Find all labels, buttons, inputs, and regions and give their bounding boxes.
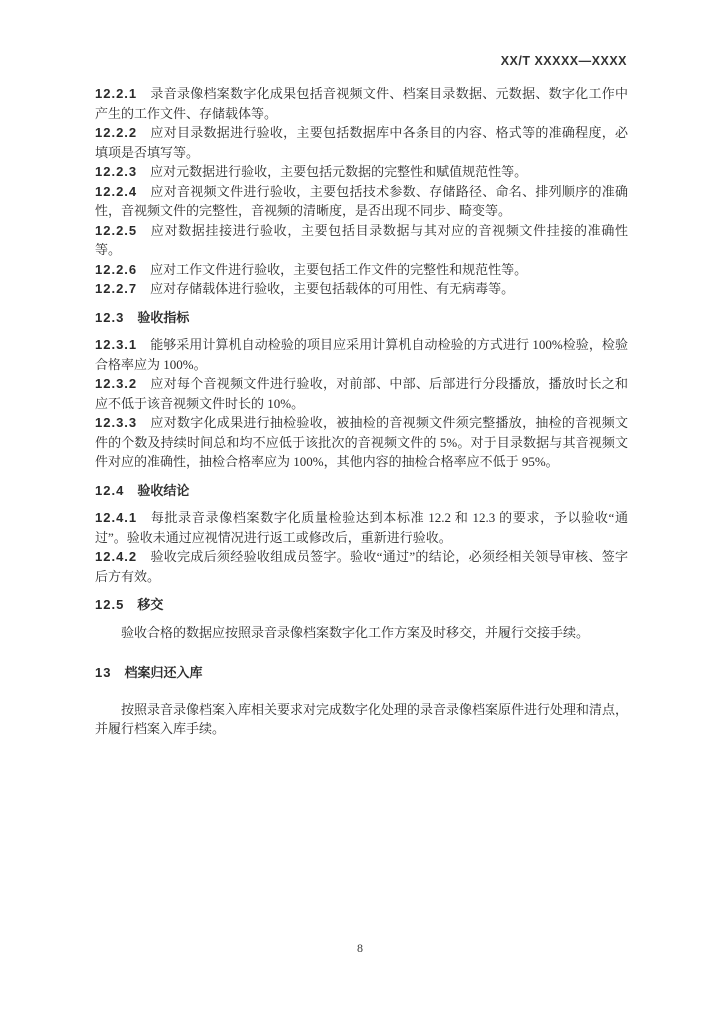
clause-paragraph: 12.2.4应对音视频文件进行验收，主要包括技术参数、存储路径、命名、排列顺序的… — [95, 182, 628, 221]
heading-title: 验收结论 — [137, 483, 189, 498]
clause-number: 12.4.1 — [95, 510, 137, 525]
clause-text: 应对数字化成果进行抽检验收，被抽检的音视频文件须完整播放，抽检的音视频文件的个数… — [95, 415, 628, 469]
section-heading: 13档案归还入库 — [95, 663, 628, 683]
clause-number: 12.3.2 — [95, 376, 137, 391]
clause-paragraph: 12.3.1能够采用计算机自动检验的项目应采用计算机自动检验的方式进行 100%… — [95, 335, 628, 374]
clause-text: 应对工作文件进行验收，主要包括工作文件的完整性和规范性等。 — [150, 262, 527, 277]
clause-text: 应对目录数据进行验收，主要包括数据库中各条目的内容、格式等的准确程度，必填项是否… — [95, 125, 628, 160]
clause-text: 录音录像档案数字化成果包括音视频文件、档案目录数据、元数据、数字化工作中产生的工… — [95, 86, 628, 121]
clause-paragraph: 12.2.6应对工作文件进行验收，主要包括工作文件的完整性和规范性等。 — [95, 260, 628, 280]
clause-number: 12.3.1 — [95, 337, 137, 352]
heading-number: 13 — [95, 665, 111, 680]
clause-number: 12.4.2 — [95, 549, 137, 564]
clause-text: 验收完成后须经验收组成员签字。验收“通过”的结论，必须经相关领导审核、签字后方有… — [95, 549, 628, 584]
paragraph-text: 按照录音录像档案入库相关要求对完成数字化处理的录音录像档案原件进行处理和清点，并… — [95, 702, 628, 737]
heading-title: 移交 — [137, 597, 163, 612]
clause-number: 12.3.3 — [95, 415, 137, 430]
clause-paragraph: 12.3.2应对每个音视频文件进行验收，对前部、中部、后部进行分段播放，播放时长… — [95, 374, 628, 413]
clause-paragraph: 12.2.5应对数据挂接进行验收，主要包括目录数据与其对应的音视频文件挂接的准确… — [95, 221, 628, 260]
clause-text: 每批录音录像档案数字化质量检验达到本标准 12.2 和 12.3 的要求，予以验… — [95, 510, 628, 545]
clause-number: 12.2.3 — [95, 164, 137, 179]
clause-text: 应对每个音视频文件进行验收，对前部、中部、后部进行分段播放，播放时长之和应不低于… — [95, 376, 628, 411]
section-heading: 12.3验收指标 — [95, 308, 628, 328]
clause-paragraph: 12.4.1每批录音录像档案数字化质量检验达到本标准 12.2 和 12.3 的… — [95, 508, 628, 547]
clause-text: 能够采用计算机自动检验的项目应采用计算机自动检验的方式进行 100%检验，检验合… — [95, 337, 628, 372]
clause-text: 应对数据挂接进行验收，主要包括目录数据与其对应的音视频文件挂接的准确性等。 — [95, 223, 628, 258]
page-number: 8 — [357, 941, 363, 955]
section-heading: 12.5移交 — [95, 595, 628, 615]
document-page: XX/T XXXXX—XXXX 12.2.1录音录像档案数字化成果包括音视频文件… — [0, 0, 720, 1019]
heading-title: 验收指标 — [137, 310, 189, 325]
heading-number: 12.4 — [95, 483, 124, 498]
standard-number: XX/T XXXXX—XXXX — [501, 54, 627, 68]
clause-number: 12.2.2 — [95, 125, 137, 140]
clause-number: 12.2.5 — [95, 223, 137, 238]
page-header: XX/T XXXXX—XXXX — [501, 54, 627, 68]
heading-title: 档案归还入库 — [124, 665, 202, 680]
page-footer: 8 — [0, 941, 720, 956]
clause-text: 应对存储载体进行验收，主要包括载体的可用性、有无病毒等。 — [150, 281, 514, 296]
clause-text: 应对元数据进行验收，主要包括元数据的完整性和赋值规范性等。 — [150, 164, 527, 179]
section-heading: 12.4验收结论 — [95, 481, 628, 501]
paragraph-text: 验收合格的数据应按照录音录像档案数字化工作方案及时移交，并履行交接手续。 — [121, 625, 589, 640]
body-paragraph: 按照录音录像档案入库相关要求对完成数字化处理的录音录像档案原件进行处理和清点，并… — [95, 700, 628, 739]
clause-number: 12.2.7 — [95, 281, 137, 296]
clause-paragraph: 12.2.1录音录像档案数字化成果包括音视频文件、档案目录数据、元数据、数字化工… — [95, 84, 628, 123]
clause-number: 12.2.1 — [95, 86, 137, 101]
heading-number: 12.3 — [95, 310, 124, 325]
document-content: 12.2.1录音录像档案数字化成果包括音视频文件、档案目录数据、元数据、数字化工… — [95, 84, 628, 739]
clause-paragraph: 12.3.3应对数字化成果进行抽检验收，被抽检的音视频文件须完整播放，抽检的音视… — [95, 413, 628, 472]
heading-number: 12.5 — [95, 597, 124, 612]
clause-paragraph: 12.2.3应对元数据进行验收，主要包括元数据的完整性和赋值规范性等。 — [95, 162, 628, 182]
clause-number: 12.2.6 — [95, 262, 137, 277]
clause-text: 应对音视频文件进行验收，主要包括技术参数、存储路径、命名、排列顺序的准确性，音视… — [95, 184, 628, 219]
clause-paragraph: 12.2.7应对存储载体进行验收，主要包括载体的可用性、有无病毒等。 — [95, 279, 628, 299]
clause-paragraph: 12.4.2验收完成后须经验收组成员签字。验收“通过”的结论，必须经相关领导审核… — [95, 547, 628, 586]
clause-paragraph: 12.2.2应对目录数据进行验收，主要包括数据库中各条目的内容、格式等的准确程度… — [95, 123, 628, 162]
body-paragraph: 验收合格的数据应按照录音录像档案数字化工作方案及时移交，并履行交接手续。 — [95, 623, 628, 643]
clause-number: 12.2.4 — [95, 184, 137, 199]
